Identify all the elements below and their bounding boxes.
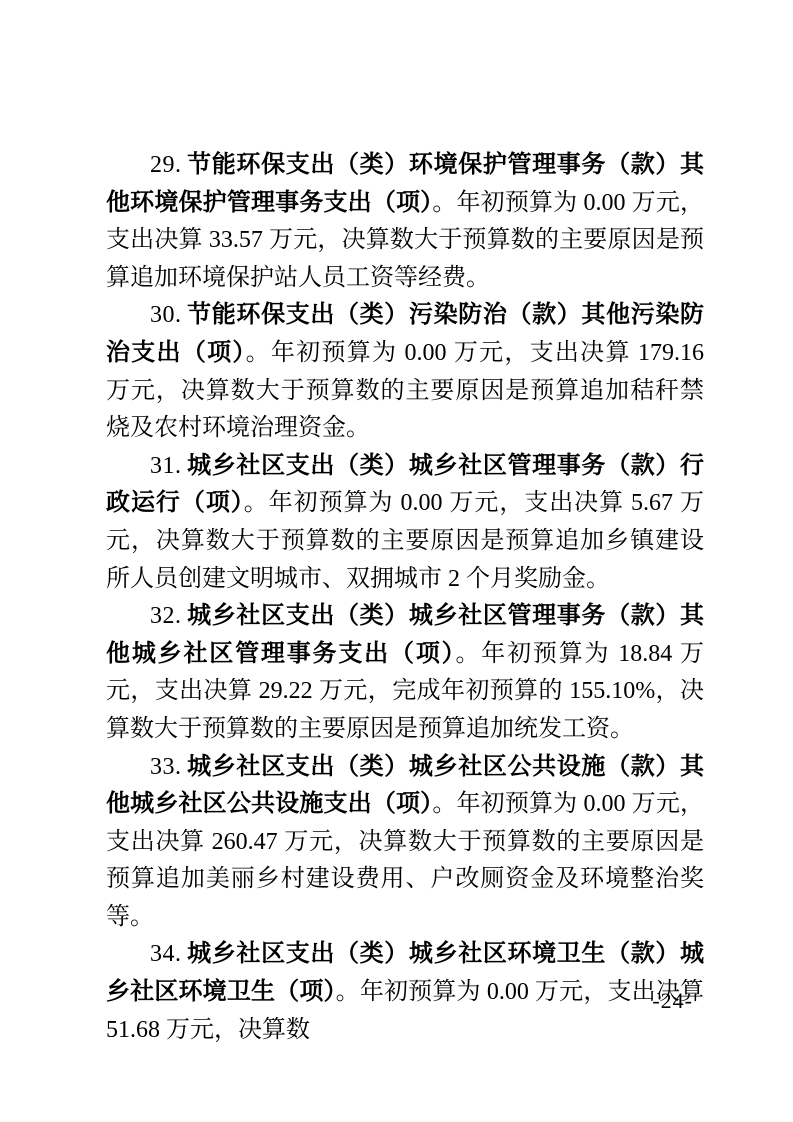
document-body: 29.节能环保支出（类）环境保护管理事务（款）其他环境保护管理事务支出（项）。年…: [106, 147, 704, 1049]
item-number: 32.: [150, 603, 187, 629]
budget-item-paragraph-29: 29.节能环保支出（类）环境保护管理事务（款）其他环境保护管理事务支出（项）。年…: [106, 147, 704, 297]
item-number: 34.: [150, 941, 187, 967]
item-number: 30.: [150, 302, 187, 328]
budget-item-paragraph-34: 34.城乡社区支出（类）城乡社区环境卫生（款）城乡社区环境卫生（项）。年初预算为…: [106, 936, 704, 1049]
budget-item-paragraph-31: 31.城乡社区支出（类）城乡社区管理事务（款）行政运行（项）。年初预算为 0.0…: [106, 448, 704, 598]
item-number: 29.: [150, 152, 187, 178]
budget-item-paragraph-32: 32.城乡社区支出（类）城乡社区管理事务（款）其他城乡社区管理事务支出（项）。年…: [106, 598, 704, 748]
item-number: 33.: [150, 754, 187, 780]
page-number: -24-: [652, 988, 693, 1014]
document-page: 29.节能环保支出（类）环境保护管理事务（款）其他环境保护管理事务支出（项）。年…: [0, 0, 793, 1122]
budget-item-paragraph-30: 30.节能环保支出（类）污染防治（款）其他污染防治支出（项）。年初预算为 0.0…: [106, 297, 704, 447]
item-number: 31.: [150, 453, 187, 479]
budget-item-paragraph-33: 33.城乡社区支出（类）城乡社区公共设施（款）其他城乡社区公共设施支出（项）。年…: [106, 749, 704, 937]
